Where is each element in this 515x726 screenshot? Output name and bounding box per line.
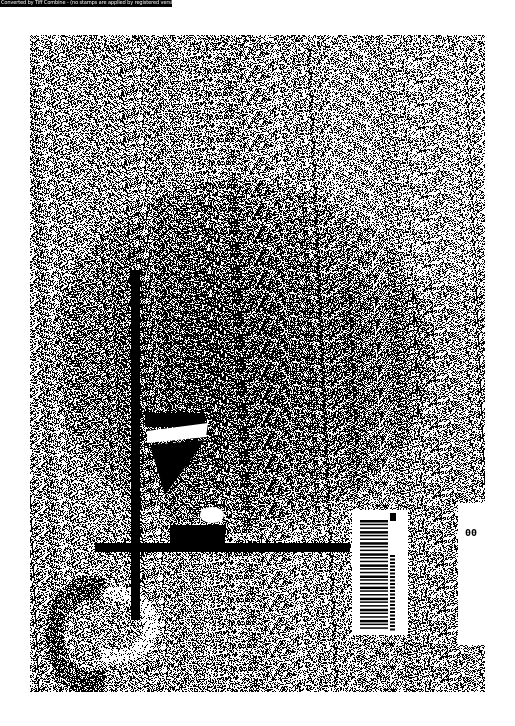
converter-banner: Converted by Tiff Combine - (no stamps a… <box>0 0 172 7</box>
dithered-scan-canvas <box>30 35 485 692</box>
strip-label-text: 00 <box>465 528 485 539</box>
label-strip <box>458 503 485 645</box>
scanned-image <box>30 35 485 692</box>
barcode-sticker <box>352 510 408 635</box>
